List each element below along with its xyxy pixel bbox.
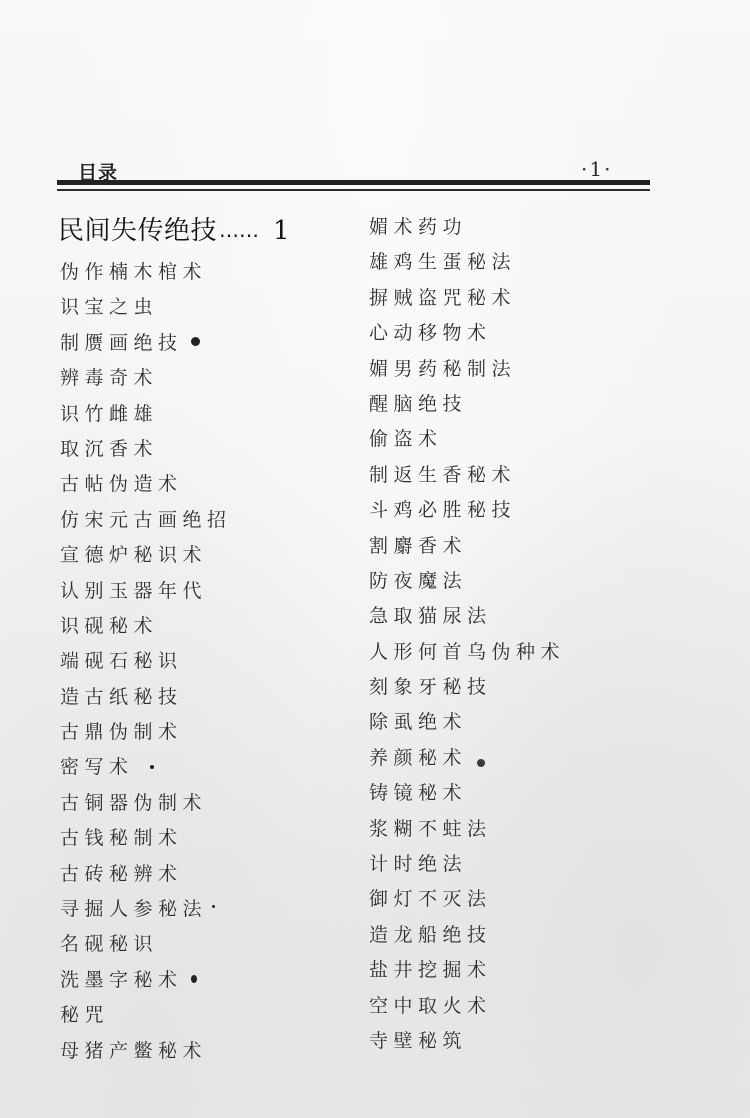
- toc-entry: 急取猫尿法: [369, 599, 565, 634]
- toc-entry: 古砖秘辨术: [60, 857, 232, 892]
- toc-entry: 制赝画绝技: [60, 326, 232, 361]
- header-rule-thick: [57, 180, 650, 185]
- toc-entry: 铸镜秘术: [369, 776, 565, 811]
- toc-entry: 母猪产鳖秘术: [60, 1034, 232, 1069]
- toc-entry: 名砚秘识: [60, 927, 232, 962]
- ink-speck: [150, 765, 154, 769]
- toc-entry: 辨毒奇术: [60, 361, 232, 396]
- toc-entry: 刻象牙秘技: [369, 670, 565, 705]
- toc-entry: 御灯不灭法: [369, 882, 565, 917]
- ink-speck: [191, 975, 197, 983]
- toc-entry: 宣德炉秘识术: [60, 538, 232, 573]
- toc-entry: 古帖伪造术: [60, 467, 232, 502]
- toc-entry: 浆糊不蛀法: [369, 812, 565, 847]
- toc-entry: 密写术: [60, 750, 232, 785]
- toc-entry: 识竹雌雄: [60, 397, 232, 432]
- toc-entry: 摒贼盗咒秘术: [369, 281, 565, 316]
- toc-entry: 伪作楠木棺术: [60, 255, 232, 290]
- toc-entry: 媚术药功: [369, 210, 565, 245]
- header-rule-thin: [57, 189, 650, 191]
- toc-entry: 斗鸡必胜秘技: [369, 493, 565, 528]
- toc-entry: 古鼎伪制术: [60, 715, 232, 750]
- toc-entry: 盐井挖掘术: [369, 953, 565, 988]
- ink-speck: [477, 759, 485, 767]
- dot-leader: ……: [219, 218, 259, 242]
- toc-entry: 空中取火术: [369, 989, 565, 1024]
- toc-entry: 媚男药秘制法: [369, 352, 565, 387]
- toc-entry: 洗墨字秘术: [60, 963, 232, 998]
- toc-entry: 人形何首乌伪种术: [369, 635, 565, 670]
- toc-entry: 寺壁秘筑: [369, 1024, 565, 1059]
- toc-entry: 古铜器伪制术: [60, 786, 232, 821]
- toc-entry: 造龙船绝技: [369, 918, 565, 953]
- page-number: ·1·: [581, 157, 612, 181]
- toc-entry: 寻掘人参秘法: [60, 892, 232, 927]
- ink-speck: [212, 905, 215, 908]
- toc-column-right: 媚术药功 雄鸡生蛋秘法 摒贼盗咒秘术 心动移物术 媚男药秘制法 醒脑绝技 偷盗术…: [369, 210, 565, 1059]
- toc-entry: 割麝香术: [369, 529, 565, 564]
- toc-column-left: 伪作楠木棺术 识宝之虫 制赝画绝技 辨毒奇术 识竹雌雄 取沉香术 古帖伪造术 仿…: [60, 255, 232, 1069]
- toc-entry: 识宝之虫: [60, 290, 232, 325]
- toc-entry: 雄鸡生蛋秘法: [369, 245, 565, 280]
- toc-entry: 端砚石秘识: [60, 644, 232, 679]
- toc-entry: 计时绝法: [369, 847, 565, 882]
- toc-entry: 识砚秘术: [60, 609, 232, 644]
- toc-entry: 养颜秘术: [369, 741, 565, 776]
- toc-entry: 除虱绝术: [369, 705, 565, 740]
- toc-entry: 醒脑绝技: [369, 387, 565, 422]
- toc-entry: 认别玉器年代: [60, 574, 232, 609]
- toc-entry: 偷盗术: [369, 422, 565, 457]
- section-heading: 民间失传绝技……1: [58, 210, 290, 247]
- toc-entry: 古钱秘制术: [60, 821, 232, 856]
- toc-entry: 防夜魔法: [369, 564, 565, 599]
- toc-entry: 秘咒: [60, 998, 232, 1033]
- section-page-number: 1: [273, 216, 290, 246]
- toc-entry: 制返生香秘术: [369, 458, 565, 493]
- toc-entry: 心动移物术: [369, 316, 565, 351]
- toc-entry: 仿宋元古画绝招: [60, 503, 232, 538]
- section-title: 民间失传绝技: [58, 216, 217, 246]
- toc-entry: 取沉香术: [60, 432, 232, 467]
- toc-entry: 造古纸秘技: [60, 680, 232, 715]
- ink-speck: [191, 337, 200, 346]
